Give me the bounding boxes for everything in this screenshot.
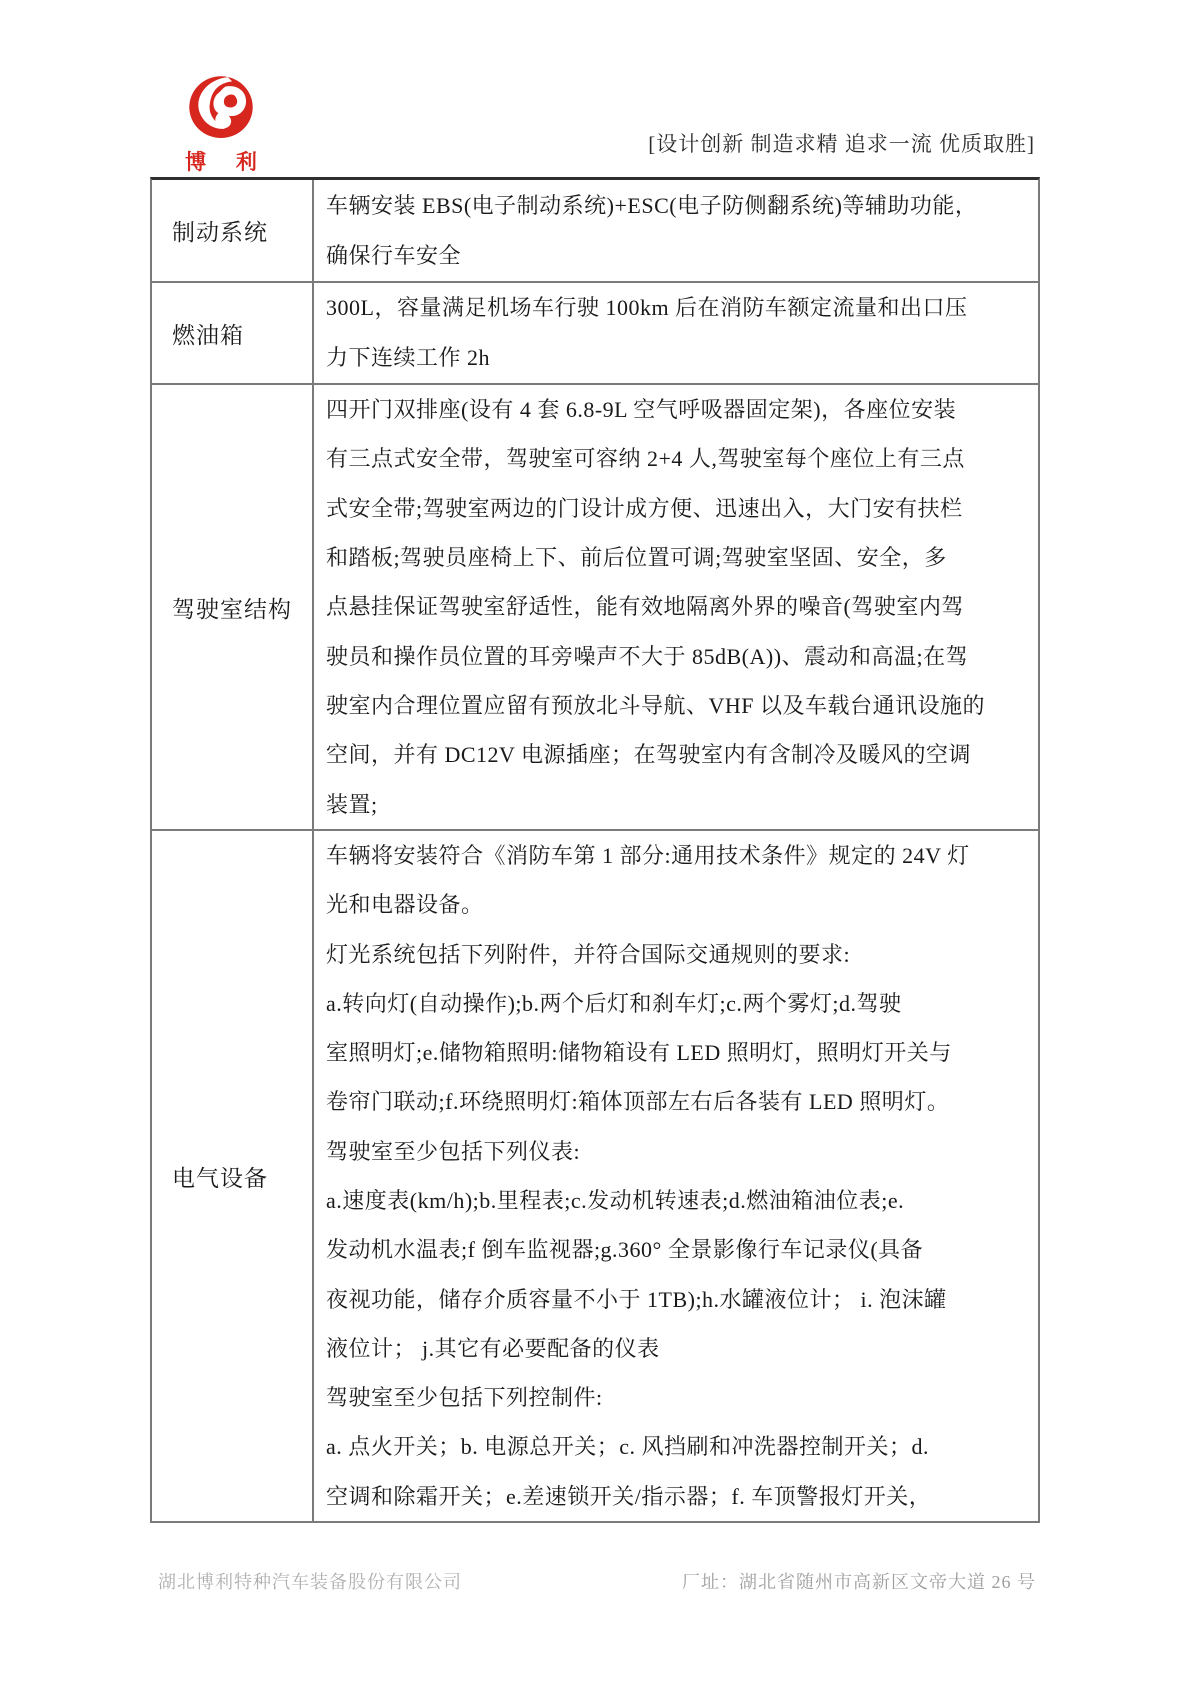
text-line: 确保行车安全: [326, 231, 1028, 281]
text-line: 力下连续工作 2h: [326, 333, 1028, 383]
text-line: 驾驶室至少包括下列仪表:: [326, 1127, 1028, 1176]
text-line: 光和电器设备。: [326, 880, 1028, 929]
text-line: 驶员和操作员位置的耳旁噪声不大于 85dB(A))、震动和高温;在驾: [326, 632, 1028, 681]
spec-table: 制动系统 车辆安装 EBS(电子制动系统)+ESC(电子防侧翻系统)等辅助功能，…: [150, 177, 1040, 1523]
footer-company-name: 湖北博利特种汽车装备股份有限公司: [158, 1568, 462, 1594]
text-line: 室照明灯;e.储物箱照明:储物箱设有 LED 照明灯，照明灯开关与: [326, 1028, 1028, 1077]
row-content: 四开门双排座(设有 4 套 6.8-9L 空气呼吸器固定架)，各座位安装有三点式…: [314, 385, 1038, 829]
text-line: 四开门双排座(设有 4 套 6.8-9L 空气呼吸器固定架)，各座位安装: [326, 385, 1028, 434]
row-content: 300L，容量满足机场车行驶 100km 后在消防车额定流量和出口压力下连续工作…: [314, 283, 1038, 383]
page-footer: 湖北博利特种汽车装备股份有限公司 厂址：湖北省随州市高新区文帝大道 26 号: [158, 1568, 1036, 1594]
table-row-cab-structure: 驾驶室结构 四开门双排座(设有 4 套 6.8-9L 空气呼吸器固定架)，各座位…: [152, 385, 1038, 831]
logo-swirl-icon: [178, 72, 264, 144]
footer-factory-address: 厂址：湖北省随州市高新区文帝大道 26 号: [682, 1568, 1036, 1594]
table-row-electrical-equipment: 电气设备 车辆将安装符合《消防车第 1 部分:通用技术条件》规定的 24V 灯光…: [152, 831, 1038, 1521]
text-line: 驶室内合理位置应留有预放北斗导航、VHF 以及车载台通讯设施的: [326, 681, 1028, 730]
text-line: 灯光系统包括下列附件，并符合国际交通规则的要求:: [326, 930, 1028, 979]
text-line: 发动机水温表;f 倒车监视器;g.360° 全景影像行车记录仪(具备: [326, 1225, 1028, 1274]
text-line: 液位计； j.其它有必要配备的仪表: [326, 1324, 1028, 1373]
text-line: a.转向灯(自动操作);b.两个后灯和刹车灯;c.两个雾灯;d.驾驶: [326, 979, 1028, 1028]
text-line: a. 点火开关；b. 电源总开关；c. 风挡刷和冲洗器控制开关；d.: [326, 1422, 1028, 1471]
text-line: 夜视功能，储存介质容量不小于 1TB);h.水罐液位计； i. 泡沫罐: [326, 1275, 1028, 1324]
text-line: 点悬挂保证驾驶室舒适性，能有效地隔离外界的噪音(驾驶室内驾: [326, 582, 1028, 631]
text-line: 装置;: [326, 780, 1028, 829]
company-logo: 博 利: [166, 72, 276, 176]
document-page: { "header": { "logo_text": "博 利", "sloga…: [0, 0, 1200, 1697]
text-line: 卷帘门联动;f.环绕照明灯:箱体顶部左右后各装有 LED 照明灯。: [326, 1077, 1028, 1126]
row-label: 电气设备: [152, 831, 314, 1521]
text-line: 有三点式安全带，驾驶室可容纳 2+4 人,驾驶室每个座位上有三点: [326, 434, 1028, 483]
text-line: 车辆安装 EBS(电子制动系统)+ESC(电子防侧翻系统)等辅助功能，: [326, 181, 1028, 231]
text-line: 空间，并有 DC12V 电源插座；在驾驶室内有含制冷及暖风的空调: [326, 730, 1028, 779]
text-line: a.速度表(km/h);b.里程表;c.发动机转速表;d.燃油箱油位表;e.: [326, 1176, 1028, 1225]
table-row-brake-system: 制动系统 车辆安装 EBS(电子制动系统)+ESC(电子防侧翻系统)等辅助功能，…: [152, 180, 1038, 283]
row-label: 制动系统: [152, 180, 314, 281]
table-row-fuel-tank: 燃油箱 300L，容量满足机场车行驶 100km 后在消防车额定流量和出口压力下…: [152, 283, 1038, 385]
row-content: 车辆安装 EBS(电子制动系统)+ESC(电子防侧翻系统)等辅助功能，确保行车安…: [314, 180, 1038, 281]
text-line: 车辆将安装符合《消防车第 1 部分:通用技术条件》规定的 24V 灯: [326, 831, 1028, 880]
text-line: 式安全带;驾驶室两边的门设计成方便、迅速出入，大门安有扶栏: [326, 484, 1028, 533]
row-label: 燃油箱: [152, 283, 314, 383]
row-label: 驾驶室结构: [152, 385, 314, 829]
text-line: 300L，容量满足机场车行驶 100km 后在消防车额定流量和出口压: [326, 283, 1028, 333]
text-line: 驾驶室至少包括下列控制件:: [326, 1373, 1028, 1422]
text-line: 和踏板;驾驶员座椅上下、前后位置可调;驾驶室坚固、安全，多: [326, 533, 1028, 582]
logo-text: 博 利: [166, 146, 276, 176]
row-content: 车辆将安装符合《消防车第 1 部分:通用技术条件》规定的 24V 灯光和电器设备…: [314, 831, 1038, 1521]
company-slogan: [设计创新 制造求精 追求一流 优质取胜]: [648, 128, 1035, 158]
text-line: 空调和除霜开关；e.差速锁开关/指示器；f. 车顶警报灯开关，: [326, 1472, 1028, 1521]
